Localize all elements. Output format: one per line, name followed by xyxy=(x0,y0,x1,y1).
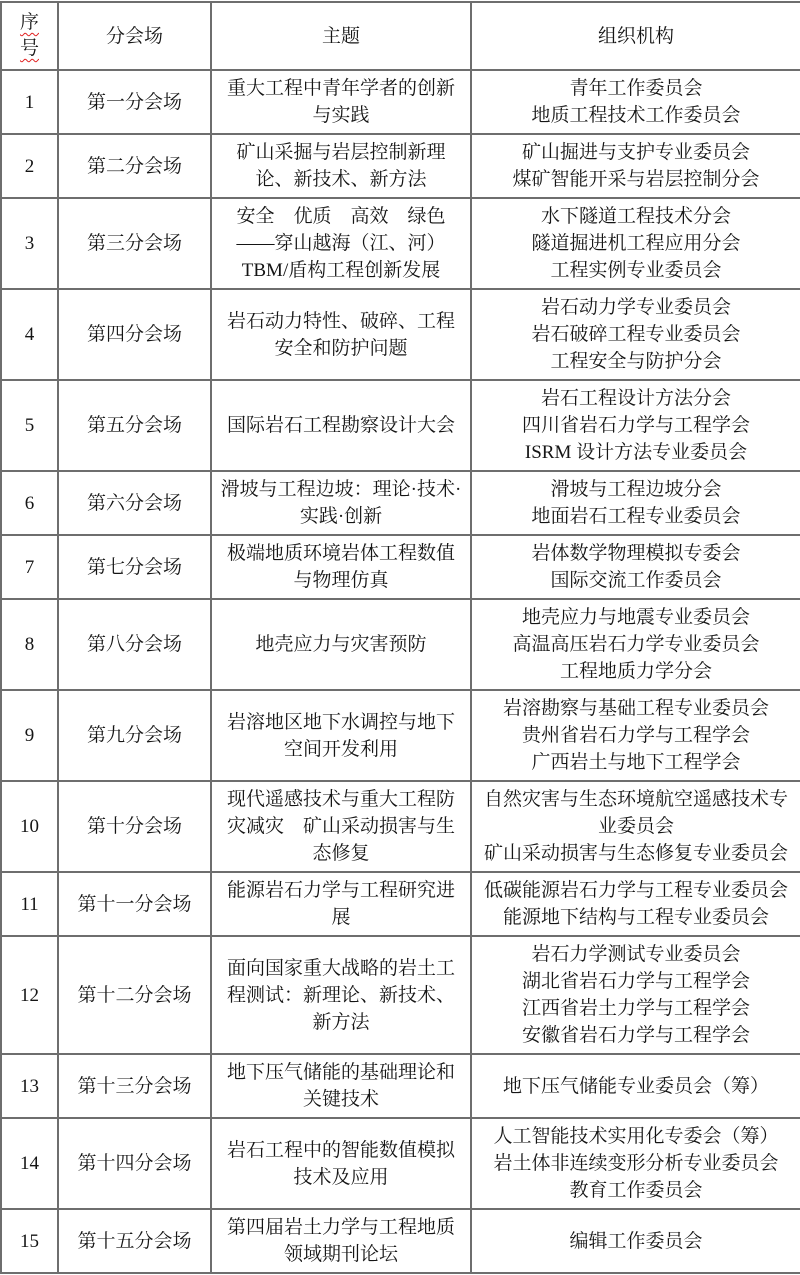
theme-line: 岩溶地区地下水调控与地下空间开发利用 xyxy=(220,709,462,763)
row-number-cell: 5 xyxy=(1,380,58,471)
row-number-cell: 3 xyxy=(1,198,58,289)
organization-line: 工程地质力学分会 xyxy=(480,658,792,685)
venue-cell: 第九分会场 xyxy=(58,690,211,781)
organization-line: 岩石力学测试专业委员会 xyxy=(480,941,792,968)
theme-line: 滑坡与工程边坡：理论·技术·实践·创新 xyxy=(220,476,462,530)
organization-line: 高温高压岩石力学专业委员会 xyxy=(480,631,792,658)
venue-cell: 第十分会场 xyxy=(58,781,211,872)
table-row: 11 第十一分会场 能源岩石力学与工程研究进展 低碳能源岩石力学与工程专业委员会… xyxy=(1,872,800,936)
theme-line: 地下压气储能的基础理论和关键技术 xyxy=(220,1059,462,1113)
row-number-cell: 9 xyxy=(1,690,58,781)
venue-cell: 第五分会场 xyxy=(58,380,211,471)
org-cell: 岩石动力学专业委员会岩石破碎工程专业委员会工程安全与防护分会 xyxy=(471,289,800,380)
theme-line: ——穿山越海（江、河） xyxy=(220,230,462,257)
organization-line: 岩溶勘察与基础工程专业委员会 xyxy=(480,695,792,722)
theme-cell: 岩石动力特性、破碎、工程安全和防护问题 xyxy=(211,289,471,380)
organization-line: 水下隧道工程技术分会 xyxy=(480,203,792,230)
table-row: 15 第十五分会场 第四届岩土力学与工程地质领域期刊论坛 编辑工作委员会 xyxy=(1,1209,800,1273)
org-cell: 矿山掘进与支护专业委员会煤矿智能开采与岩层控制分会 xyxy=(471,134,800,198)
organization-line: 矿山采动损害与生态修复专业委员会 xyxy=(480,840,792,867)
organization-line: 人工智能技术实用化专委会（筹） xyxy=(480,1123,792,1150)
theme-cell: 滑坡与工程边坡：理论·技术·实践·创新 xyxy=(211,471,471,535)
venue-cell: 第七分会场 xyxy=(58,535,211,599)
header-no-char1: 序 xyxy=(20,10,39,36)
organization-line: 教育工作委员会 xyxy=(480,1177,792,1204)
header-theme: 主题 xyxy=(211,2,471,70)
organization-line: 隧道掘进机工程应用分会 xyxy=(480,230,792,257)
organization-line: 工程实例专业委员会 xyxy=(480,257,792,284)
organization-line: 国际交流工作委员会 xyxy=(480,567,792,594)
table-row: 9 第九分会场 岩溶地区地下水调控与地下空间开发利用 岩溶勘察与基础工程专业委员… xyxy=(1,690,800,781)
header-row: 序 号 分会场 主题 组织机构 xyxy=(1,2,800,70)
org-cell: 岩石工程设计方法分会四川省岩石力学与工程学会ISRM 设计方法专业委员会 xyxy=(471,380,800,471)
theme-cell: 第四届岩土力学与工程地质领域期刊论坛 xyxy=(211,1209,471,1273)
venue-cell: 第十二分会场 xyxy=(58,936,211,1054)
theme-line: TBM/盾构工程创新发展 xyxy=(220,257,462,284)
document-page: 序 号 分会场 主题 组织机构 1 第一分会场 重大工程中青年学者的创新与实践 … xyxy=(0,0,800,1275)
theme-cell: 矿山采掘与岩层控制新理论、新技术、新方法 xyxy=(211,134,471,198)
org-cell: 水下隧道工程技术分会隧道掘进机工程应用分会工程实例专业委员会 xyxy=(471,198,800,289)
theme-line: 岩石动力特性、破碎、工程安全和防护问题 xyxy=(220,308,462,362)
table-row: 2 第二分会场 矿山采掘与岩层控制新理论、新技术、新方法 矿山掘进与支护专业委员… xyxy=(1,134,800,198)
organization-line: 矿山掘进与支护专业委员会 xyxy=(480,139,792,166)
theme-line: 国际岩石工程勘察设计大会 xyxy=(220,412,462,439)
row-number-cell: 8 xyxy=(1,599,58,690)
organization-line: 地下压气储能专业委员会（筹） xyxy=(480,1073,792,1100)
row-number-cell: 12 xyxy=(1,936,58,1054)
theme-line: 重大工程中青年学者的创新与实践 xyxy=(220,75,462,129)
organization-line: 广西岩土与地下工程学会 xyxy=(480,749,792,776)
row-number-cell: 6 xyxy=(1,471,58,535)
table-row: 13 第十三分会场 地下压气储能的基础理论和关键技术 地下压气储能专业委员会（筹… xyxy=(1,1054,800,1118)
table-row: 6 第六分会场 滑坡与工程边坡：理论·技术·实践·创新 滑坡与工程边坡分会地面岩… xyxy=(1,471,800,535)
organization-line: 滑坡与工程边坡分会 xyxy=(480,476,792,503)
venue-cell: 第六分会场 xyxy=(58,471,211,535)
table-body: 1 第一分会场 重大工程中青年学者的创新与实践 青年工作委员会地质工程技术工作委… xyxy=(1,70,800,1273)
org-cell: 人工智能技术实用化专委会（筹）岩土体非连续变形分析专业委员会教育工作委员会 xyxy=(471,1118,800,1209)
org-cell: 青年工作委员会地质工程技术工作委员会 xyxy=(471,70,800,134)
theme-cell: 现代遥感技术与重大工程防灾减灾 矿山采动损害与生态修复 xyxy=(211,781,471,872)
table-row: 4 第四分会场 岩石动力特性、破碎、工程安全和防护问题 岩石动力学专业委员会岩石… xyxy=(1,289,800,380)
organization-line: ISRM 设计方法专业委员会 xyxy=(480,439,792,466)
venue-cell: 第十一分会场 xyxy=(58,872,211,936)
organization-line: 岩石破碎工程专业委员会 xyxy=(480,321,792,348)
theme-cell: 能源岩石力学与工程研究进展 xyxy=(211,872,471,936)
sessions-table: 序 号 分会场 主题 组织机构 1 第一分会场 重大工程中青年学者的创新与实践 … xyxy=(0,1,800,1274)
theme-cell: 岩溶地区地下水调控与地下空间开发利用 xyxy=(211,690,471,781)
header-no-stack: 序 号 xyxy=(10,10,49,62)
table-row: 5 第五分会场 国际岩石工程勘察设计大会 岩石工程设计方法分会四川省岩石力学与工… xyxy=(1,380,800,471)
theme-line: 地壳应力与灾害预防 xyxy=(220,631,462,658)
table-row: 14 第十四分会场 岩石工程中的智能数值模拟技术及应用 人工智能技术实用化专委会… xyxy=(1,1118,800,1209)
header-no-char2: 号 xyxy=(20,36,39,62)
org-cell: 滑坡与工程边坡分会地面岩石工程专业委员会 xyxy=(471,471,800,535)
row-number-cell: 11 xyxy=(1,872,58,936)
theme-cell: 地下压气储能的基础理论和关键技术 xyxy=(211,1054,471,1118)
venue-cell: 第十五分会场 xyxy=(58,1209,211,1273)
table-row: 8 第八分会场 地壳应力与灾害预防 地壳应力与地震专业委员会高温高压岩石力学专业… xyxy=(1,599,800,690)
theme-cell: 安全 优质 高效 绿色——穿山越海（江、河）TBM/盾构工程创新发展 xyxy=(211,198,471,289)
theme-line: 安全 优质 高效 绿色 xyxy=(220,203,462,230)
row-number-cell: 10 xyxy=(1,781,58,872)
theme-cell: 岩石工程中的智能数值模拟技术及应用 xyxy=(211,1118,471,1209)
row-number-cell: 1 xyxy=(1,70,58,134)
organization-line: 湖北省岩石力学与工程学会 xyxy=(480,968,792,995)
org-cell: 岩体数学物理模拟专委会国际交流工作委员会 xyxy=(471,535,800,599)
organization-line: 煤矿智能开采与岩层控制分会 xyxy=(480,166,792,193)
organization-line: 江西省岩土力学与工程学会 xyxy=(480,995,792,1022)
row-number-cell: 15 xyxy=(1,1209,58,1273)
table-row: 12 第十二分会场 面向国家重大战略的岩土工程测试：新理论、新技术、新方法 岩石… xyxy=(1,936,800,1054)
organization-line: 安徽省岩石力学与工程学会 xyxy=(480,1022,792,1049)
organization-line: 地壳应力与地震专业委员会 xyxy=(480,604,792,631)
organization-line: 自然灾害与生态环境航空遥感技术专业委员会 xyxy=(480,786,792,840)
row-number-cell: 14 xyxy=(1,1118,58,1209)
table-row: 3 第三分会场 安全 优质 高效 绿色——穿山越海（江、河）TBM/盾构工程创新… xyxy=(1,198,800,289)
org-cell: 岩溶勘察与基础工程专业委员会贵州省岩石力学与工程学会广西岩土与地下工程学会 xyxy=(471,690,800,781)
row-number-cell: 4 xyxy=(1,289,58,380)
theme-line: 能源岩石力学与工程研究进展 xyxy=(220,877,462,931)
organization-line: 贵州省岩石力学与工程学会 xyxy=(480,722,792,749)
organization-line: 岩石动力学专业委员会 xyxy=(480,294,792,321)
organization-line: 四川省岩石力学与工程学会 xyxy=(480,412,792,439)
venue-cell: 第四分会场 xyxy=(58,289,211,380)
theme-cell: 地壳应力与灾害预防 xyxy=(211,599,471,690)
theme-cell: 国际岩石工程勘察设计大会 xyxy=(211,380,471,471)
organization-line: 工程安全与防护分会 xyxy=(480,348,792,375)
organization-line: 能源地下结构与工程专业委员会 xyxy=(480,904,792,931)
theme-line: 岩石工程中的智能数值模拟技术及应用 xyxy=(220,1137,462,1191)
venue-cell: 第十四分会场 xyxy=(58,1118,211,1209)
theme-line: 现代遥感技术与重大工程防灾减灾 矿山采动损害与生态修复 xyxy=(220,786,462,867)
theme-cell: 重大工程中青年学者的创新与实践 xyxy=(211,70,471,134)
org-cell: 编辑工作委员会 xyxy=(471,1209,800,1273)
row-number-cell: 2 xyxy=(1,134,58,198)
theme-line: 极端地质环境岩体工程数值与物理仿真 xyxy=(220,540,462,594)
row-number-cell: 13 xyxy=(1,1054,58,1118)
venue-cell: 第三分会场 xyxy=(58,198,211,289)
org-cell: 低碳能源岩石力学与工程专业委员会能源地下结构与工程专业委员会 xyxy=(471,872,800,936)
table-header: 序 号 分会场 主题 组织机构 xyxy=(1,2,800,70)
org-cell: 地壳应力与地震专业委员会高温高压岩石力学专业委员会工程地质力学分会 xyxy=(471,599,800,690)
org-cell: 自然灾害与生态环境航空遥感技术专业委员会矿山采动损害与生态修复专业委员会 xyxy=(471,781,800,872)
organization-line: 低碳能源岩石力学与工程专业委员会 xyxy=(480,877,792,904)
organization-line: 编辑工作委员会 xyxy=(480,1228,792,1255)
table-row: 10 第十分会场 现代遥感技术与重大工程防灾减灾 矿山采动损害与生态修复 自然灾… xyxy=(1,781,800,872)
theme-line: 面向国家重大战略的岩土工程测试：新理论、新技术、新方法 xyxy=(220,955,462,1036)
theme-line: 第四届岩土力学与工程地质领域期刊论坛 xyxy=(220,1214,462,1268)
org-cell: 地下压气储能专业委员会（筹） xyxy=(471,1054,800,1118)
organization-line: 岩土体非连续变形分析专业委员会 xyxy=(480,1150,792,1177)
organization-line: 地质工程技术工作委员会 xyxy=(480,102,792,129)
row-number-cell: 7 xyxy=(1,535,58,599)
venue-cell: 第十三分会场 xyxy=(58,1054,211,1118)
theme-line: 矿山采掘与岩层控制新理论、新技术、新方法 xyxy=(220,139,462,193)
header-venue: 分会场 xyxy=(58,2,211,70)
theme-cell: 极端地质环境岩体工程数值与物理仿真 xyxy=(211,535,471,599)
venue-cell: 第八分会场 xyxy=(58,599,211,690)
organization-line: 地面岩石工程专业委员会 xyxy=(480,503,792,530)
organization-line: 岩体数学物理模拟专委会 xyxy=(480,540,792,567)
organization-line: 青年工作委员会 xyxy=(480,75,792,102)
venue-cell: 第一分会场 xyxy=(58,70,211,134)
table-row: 7 第七分会场 极端地质环境岩体工程数值与物理仿真 岩体数学物理模拟专委会国际交… xyxy=(1,535,800,599)
org-cell: 岩石力学测试专业委员会湖北省岩石力学与工程学会江西省岩土力学与工程学会安徽省岩石… xyxy=(471,936,800,1054)
table-row: 1 第一分会场 重大工程中青年学者的创新与实践 青年工作委员会地质工程技术工作委… xyxy=(1,70,800,134)
theme-cell: 面向国家重大战略的岩土工程测试：新理论、新技术、新方法 xyxy=(211,936,471,1054)
venue-cell: 第二分会场 xyxy=(58,134,211,198)
header-no: 序 号 xyxy=(1,2,58,70)
organization-line: 岩石工程设计方法分会 xyxy=(480,385,792,412)
header-org: 组织机构 xyxy=(471,2,800,70)
